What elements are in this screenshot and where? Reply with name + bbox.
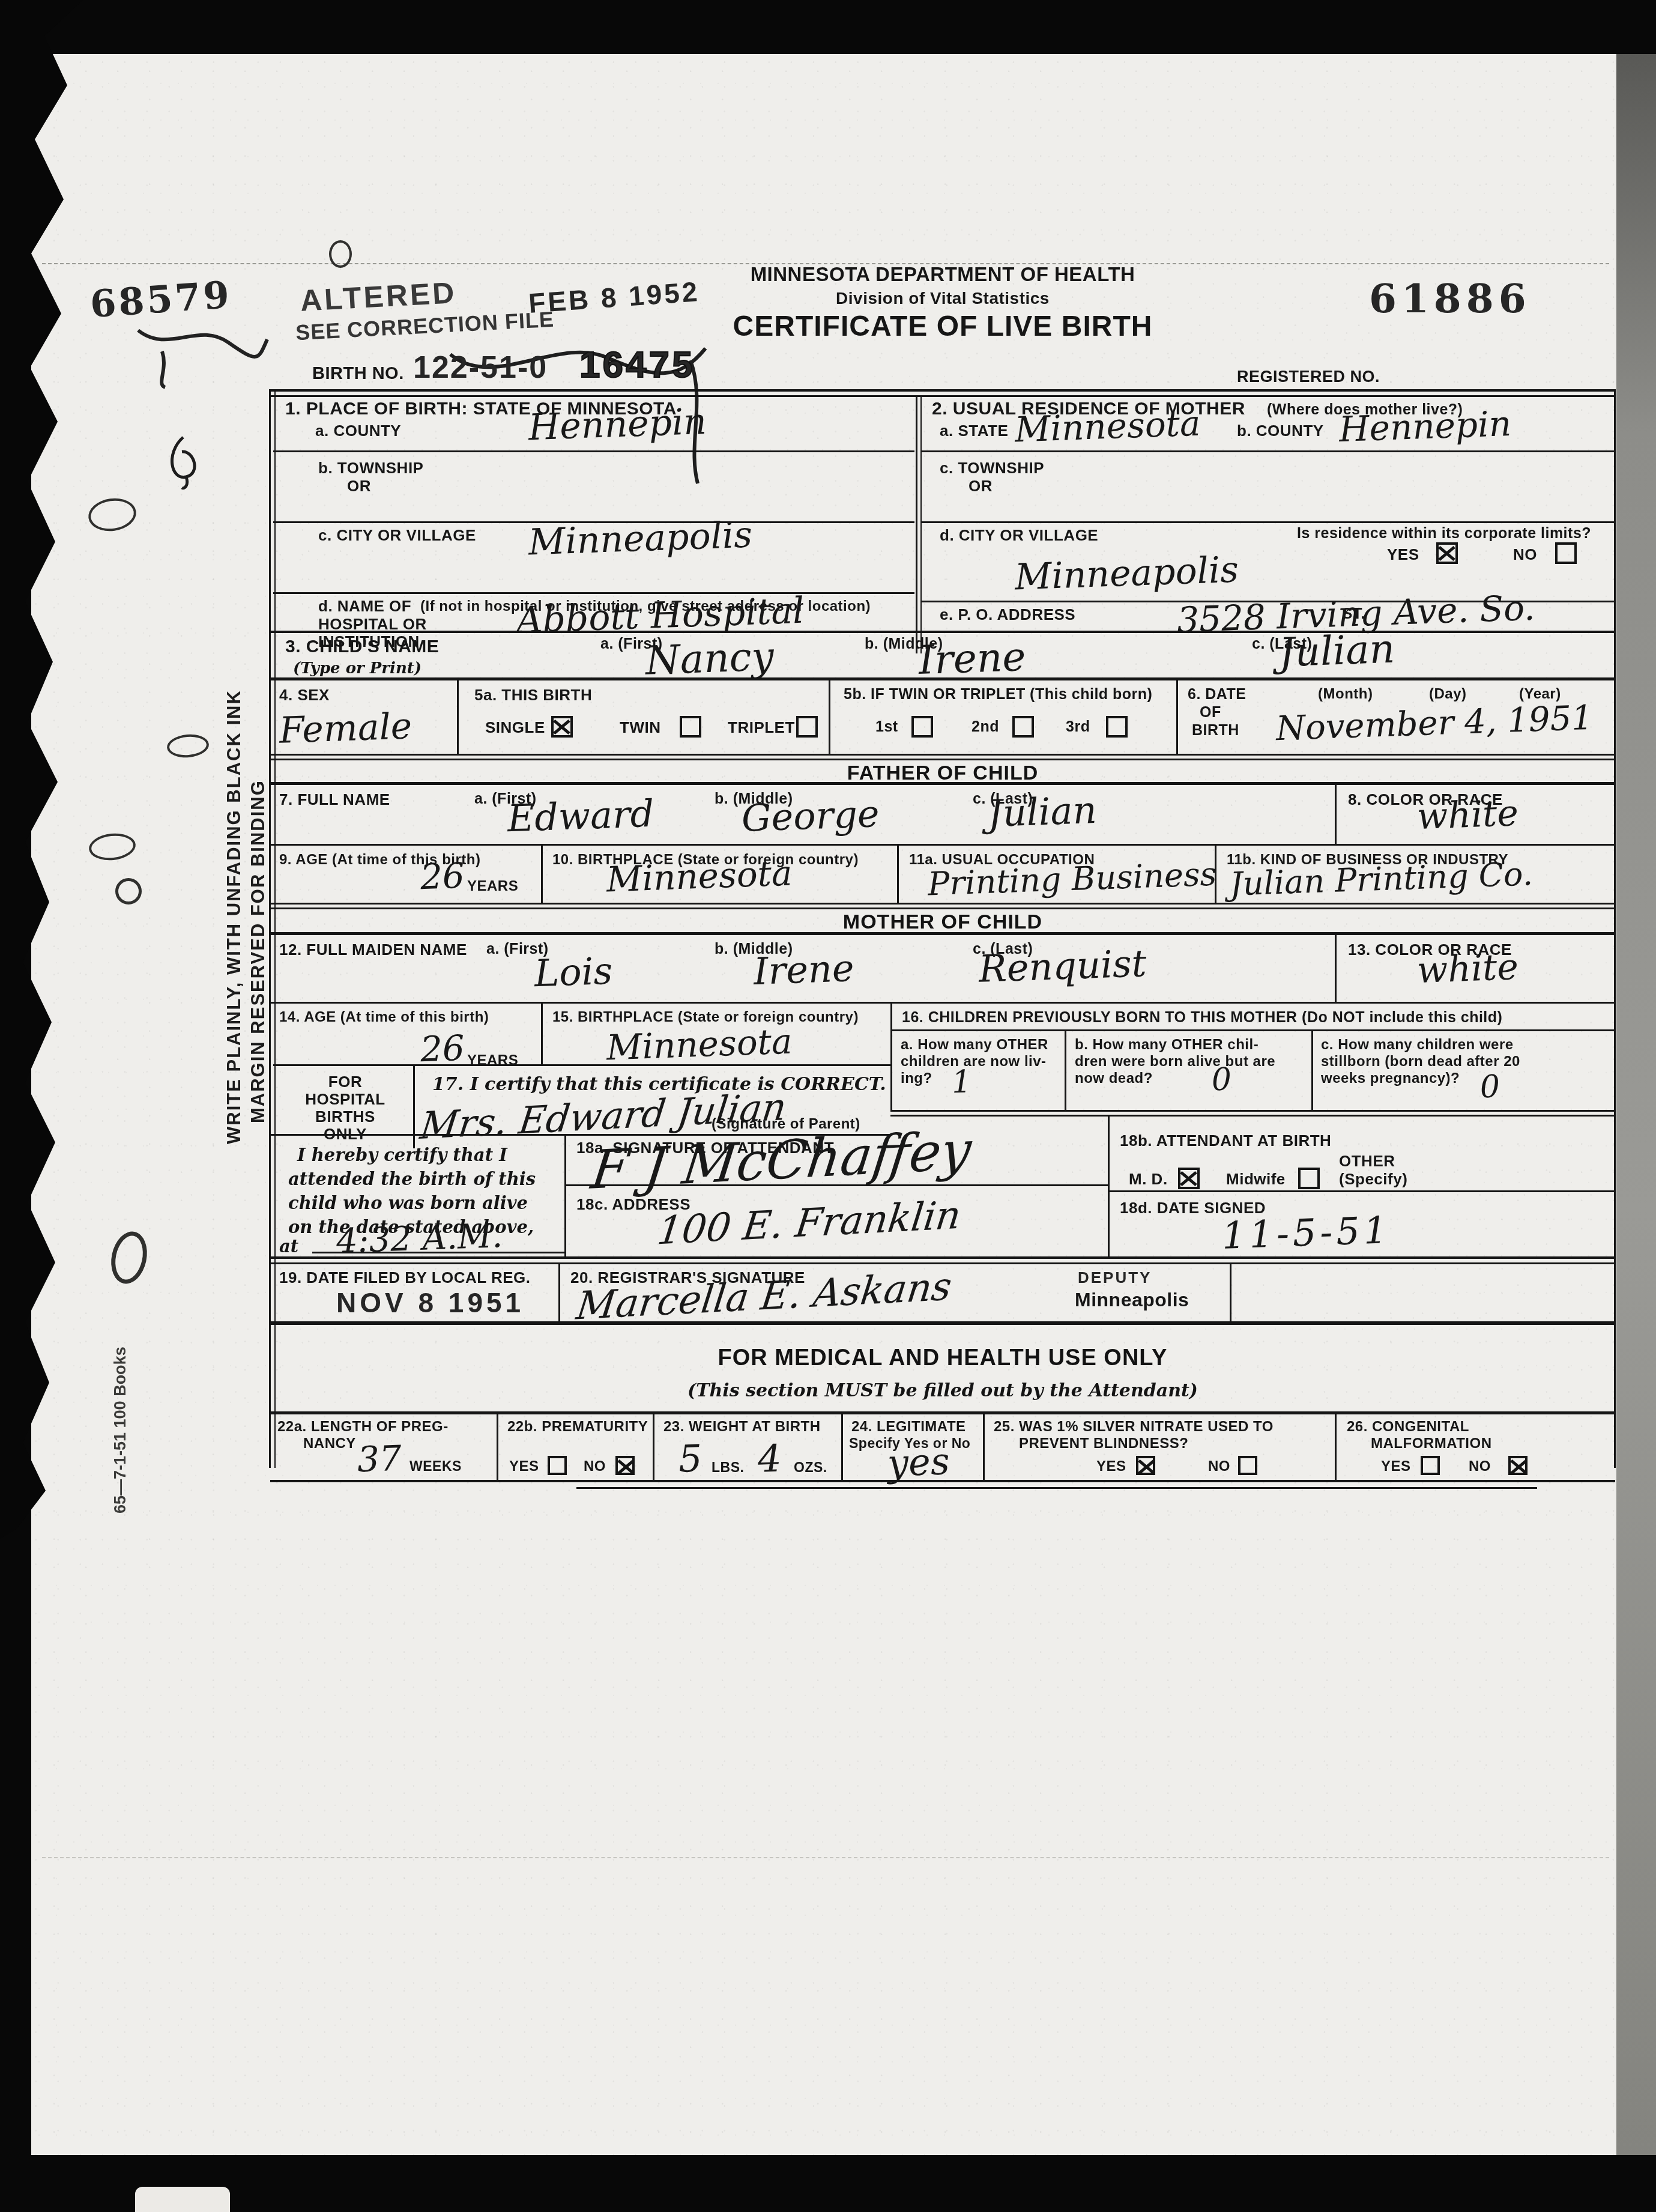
rule — [497, 1414, 498, 1480]
children-stillborn-label-2: stillborn (born dead after 20 — [1321, 1053, 1520, 1070]
corporate-limits-question: Is residence within its corporate limits… — [1297, 525, 1591, 542]
rule — [1335, 1414, 1337, 1480]
day-label: (Day) — [1429, 686, 1467, 703]
this-birth-label: 5a. THIS BIRTH — [474, 686, 592, 705]
rule — [413, 1064, 415, 1148]
weeks-label: WEEKS — [409, 1458, 462, 1474]
other-specify-label: (Specify) — [1339, 1170, 1407, 1189]
corporate-no-label: NO — [1513, 545, 1537, 564]
dob-label-1: 6. DATE — [1188, 686, 1247, 703]
child-first-value: Nancy — [645, 633, 775, 683]
nitrate-yes-label: YES — [1096, 1458, 1126, 1475]
single-label: SINGLE — [485, 718, 545, 737]
rule — [1108, 1115, 1110, 1256]
triplet-label: TRIPLET — [728, 718, 795, 737]
state-label: a. STATE — [940, 422, 1008, 440]
birth-no-stamped-suffix: 16475 — [579, 344, 695, 386]
rule — [1215, 846, 1216, 904]
children-living-value: 1 — [951, 1064, 972, 1100]
birth-no-label: BIRTH NO. — [312, 364, 404, 384]
scanned-birth-certificate: 68579 WRITE PLAINLY, WITH UNFADING BLACK… — [0, 0, 1656, 2212]
father-name-label: 7. FULL NAME — [279, 790, 390, 809]
mother-race-value: white — [1416, 946, 1519, 992]
first-born-checkbox — [911, 716, 933, 738]
po-address-label: e. P. O. ADDRESS — [940, 605, 1075, 624]
city-value: Minneapolis — [528, 514, 753, 564]
attendant-cert-line-3: child who was born alive — [288, 1193, 528, 1213]
certificate-number-stamp: 61886 — [1369, 275, 1531, 322]
first-born-label: 1st — [875, 718, 898, 736]
rule — [890, 1110, 1614, 1112]
md-label: M. D. — [1129, 1170, 1168, 1189]
pregnancy-weeks-value: 37 — [357, 1438, 402, 1480]
father-age-years: YEARS — [467, 878, 518, 895]
county-label: a. COUNTY — [315, 422, 401, 440]
scribble-mark — [126, 318, 282, 390]
rule — [1108, 1190, 1614, 1192]
father-birthplace-value: Minnesota — [606, 853, 793, 900]
nitrate-no-checkbox — [1238, 1456, 1257, 1475]
corporate-no-checkbox — [1555, 542, 1577, 564]
rule — [270, 1002, 1615, 1004]
date-signed-value: 11-5-51 — [1221, 1208, 1392, 1258]
certificate-title: CERTIFICATE OF LIVE BIRTH — [678, 310, 1207, 343]
rule — [564, 1184, 1108, 1186]
rule — [1335, 935, 1337, 1002]
rule — [1230, 1264, 1231, 1321]
right-torn-edge — [1616, 54, 1656, 2155]
medical-use-note: (This section MUST be filled out by the … — [678, 1380, 1207, 1401]
attendant-type-label: 18b. ATTENDANT AT BIRTH — [1120, 1132, 1331, 1150]
father-race-value: white — [1416, 792, 1519, 838]
malformation-yes-checkbox — [1421, 1456, 1440, 1475]
rule — [274, 389, 276, 1468]
father-last-value: Julian — [987, 788, 1098, 835]
malformation-no-checkbox — [1508, 1456, 1528, 1475]
fold-line — [42, 1857, 1609, 1858]
dob-label-3: BIRTH — [1192, 722, 1239, 739]
prematurity-yes-label: YES — [509, 1458, 539, 1475]
children-living-label-1: a. How many OTHER — [901, 1037, 1048, 1053]
dob-label-2: OF — [1200, 704, 1221, 721]
margin-instruction-write-plainly: WRITE PLAINLY, WITH UNFADING BLACK INK — [223, 689, 245, 1144]
rule — [270, 389, 1615, 392]
deputy-city: Minneapolis — [1075, 1289, 1189, 1311]
third-born-label: 3rd — [1066, 718, 1090, 736]
children-stillborn-label-1: c. How many children were — [1321, 1037, 1514, 1053]
second-born-label: 2nd — [972, 718, 999, 736]
malformation-no-label: NO — [1469, 1458, 1491, 1475]
township-label: b. TOWNSHIP — [318, 459, 423, 477]
rule — [270, 754, 1615, 756]
child-name-title: 3. CHILD'S NAME — [285, 637, 439, 657]
bottom-tab — [135, 2187, 230, 2212]
hospital-only-line-1: FOR — [282, 1073, 408, 1091]
rule — [541, 1004, 543, 1064]
children-stillborn-value: 0 — [1479, 1068, 1500, 1105]
deputy-stamp: DEPUTY — [1078, 1268, 1152, 1287]
rule — [890, 1004, 892, 1112]
rule — [270, 1262, 1615, 1264]
residence-city-label: d. CITY OR VILLAGE — [940, 526, 1098, 545]
midwife-checkbox — [1298, 1168, 1320, 1189]
rule — [1335, 785, 1337, 845]
children-dead-value: 0 — [1211, 1061, 1232, 1098]
rule — [270, 908, 1615, 909]
triplet-checkbox — [796, 716, 818, 738]
rule — [922, 521, 1614, 523]
birth-no-value: 122-51-0 — [413, 350, 548, 386]
rule — [890, 1029, 1614, 1031]
rule — [922, 450, 1614, 452]
rule — [269, 389, 271, 1468]
rule — [457, 680, 459, 754]
mother-age-label: 14. AGE (At time of this birth) — [279, 1009, 489, 1026]
nitrate-yes-checkbox — [1136, 1456, 1155, 1475]
rule — [983, 1414, 985, 1480]
malformation-yes-label: YES — [1381, 1458, 1411, 1475]
rule — [558, 1264, 560, 1321]
twin-label: TWIN — [620, 718, 660, 737]
hospital-label: d. NAME OF — [318, 597, 411, 616]
mother-age-value: 26 — [420, 1028, 465, 1070]
children-living-label-3: ing? — [901, 1070, 932, 1087]
rule — [897, 846, 899, 904]
type-or-print-note: (Type or Print) — [293, 659, 422, 677]
mother-name-label: 12. FULL MAIDEN NAME — [279, 941, 467, 959]
twin-checkbox — [680, 716, 701, 738]
city-label: c. CITY OR VILLAGE — [318, 526, 476, 545]
md-checkbox — [1178, 1168, 1200, 1189]
township-or-label: OR — [347, 477, 371, 495]
rule — [1311, 1029, 1313, 1112]
rule — [1614, 389, 1616, 1468]
rule — [916, 395, 917, 653]
prematurity-no-label: NO — [584, 1458, 606, 1475]
mother-first-value: Lois — [534, 949, 614, 995]
residence-county-label: b. COUNTY — [1237, 422, 1324, 440]
midwife-label: Midwife — [1226, 1170, 1286, 1189]
residence-city-value: Minneapolis — [1014, 549, 1239, 599]
mother-last-value: Renquist — [978, 941, 1147, 991]
at-label: at — [279, 1236, 298, 1256]
rule — [273, 1064, 890, 1066]
rule — [1176, 680, 1178, 754]
legitimate-label: 24. LEGITIMATE — [851, 1419, 966, 1435]
corporate-yes-checkbox — [1436, 542, 1458, 564]
attendant-cert-line-2: attended the birth of this — [288, 1169, 536, 1189]
medical-use-band: FOR MEDICAL AND HEALTH USE ONLY — [678, 1345, 1207, 1371]
rule — [841, 1414, 843, 1480]
rule — [541, 846, 543, 904]
if-twin-label: 5b. IF TWIN OR TRIPLET (This child born) — [844, 686, 1152, 703]
date-filed-stamp: NOV 8 1951 — [336, 1286, 524, 1319]
children-stillborn-label-3: weeks pregnancy)? — [1321, 1070, 1460, 1087]
residence-county-value: Hennepin — [1338, 403, 1512, 450]
department-title: MINNESOTA DEPARTMENT OF HEALTH — [697, 263, 1189, 286]
rule — [270, 1321, 1615, 1325]
date-filed-label: 19. DATE FILED BY LOCAL REG. — [279, 1268, 531, 1287]
rule — [270, 932, 1615, 935]
malformation-label-1: 26. CONGENITAL — [1347, 1419, 1469, 1435]
county-value: Hennepin — [528, 401, 707, 449]
father-first-value: Edward — [507, 792, 655, 840]
nitrate-no-label: NO — [1208, 1458, 1230, 1475]
birth-time-value: 4:32 A.M. — [336, 1216, 503, 1261]
sex-value: Female — [279, 705, 413, 752]
rule — [829, 680, 830, 754]
rule — [270, 1480, 1615, 1482]
child-last-value: Julian — [1278, 626, 1396, 676]
margin-instruction-binding: MARGIN RESERVED FOR BINDING — [247, 780, 269, 1123]
mother-birthplace-value: Minnesota — [606, 1021, 793, 1068]
registered-no-label: REGISTERED NO. — [1237, 368, 1380, 386]
corporate-yes-label: YES — [1387, 545, 1419, 564]
lbs-label: LBS. — [712, 1459, 744, 1476]
division-subtitle: Division of Vital Statistics — [697, 289, 1189, 308]
nitrate-label-1: 25. WAS 1% SILVER NITRATE USED TO — [994, 1419, 1274, 1435]
legitimate-value: yes — [887, 1439, 950, 1485]
rule — [270, 903, 1615, 904]
rule — [890, 1115, 1614, 1117]
mother-section-band: MOTHER OF CHILD — [678, 911, 1207, 934]
prematurity-no-checkbox — [615, 1456, 635, 1475]
third-born-checkbox — [1106, 716, 1128, 738]
rule — [270, 844, 1615, 846]
rule — [270, 631, 1615, 633]
hospital-only-line-3: BIRTHS — [282, 1108, 408, 1126]
form-print-code: 65—7-1-51 100 Books — [111, 1347, 130, 1514]
attendant-cert-line-1: I hereby certify that I — [297, 1145, 507, 1165]
children-prev-title: 16. CHILDREN PREVIOUSLY BORN TO THIS MOT… — [902, 1009, 1502, 1026]
ozs-label: OZS. — [794, 1459, 827, 1476]
children-dead-label-1: b. How many OTHER chil- — [1075, 1037, 1259, 1053]
rule — [273, 450, 914, 452]
father-middle-value: George — [741, 792, 880, 840]
malformation-label-2: MALFORMATION — [1371, 1435, 1492, 1452]
pregnancy-length-label-1: 22a. LENGTH OF PREG- — [277, 1419, 449, 1435]
children-dead-label-3: now dead? — [1075, 1070, 1153, 1087]
state-value: Minnesota — [1014, 403, 1201, 450]
rule — [576, 1487, 1537, 1489]
rule — [312, 1252, 564, 1253]
mother-middle-value: Irene — [753, 946, 855, 993]
rule — [564, 1134, 566, 1256]
rule — [270, 1411, 1615, 1414]
weight-oz-value: 4 — [757, 1436, 782, 1480]
rule — [270, 759, 1615, 760]
single-checkbox — [551, 716, 573, 738]
rule — [273, 592, 914, 594]
residence-township-or: OR — [969, 477, 993, 495]
child-middle-value: Irene — [918, 634, 1027, 683]
hospital-only-line-2: HOSPITAL — [282, 1090, 408, 1109]
nitrate-label-2: PREVENT BLINDNESS? — [1019, 1435, 1188, 1452]
rule — [270, 677, 1615, 680]
residence-township-label: c. TOWNSHIP — [940, 459, 1044, 477]
second-born-checkbox — [1012, 716, 1034, 738]
circled-mark — [115, 878, 142, 904]
pregnancy-length-label-2: NANCY — [303, 1435, 356, 1452]
prematurity-label: 22b. PREMATURITY — [507, 1419, 648, 1435]
rule — [920, 395, 922, 653]
rule — [1065, 1029, 1066, 1112]
weight-label: 23. WEIGHT AT BIRTH — [663, 1419, 821, 1435]
rule — [270, 395, 1615, 397]
sex-label: 4. SEX — [279, 686, 330, 705]
children-living-label-2: children are now liv- — [901, 1053, 1047, 1070]
weight-lbs-value: 5 — [678, 1436, 703, 1480]
circled-note-mark — [329, 240, 352, 268]
rule — [653, 1414, 654, 1480]
father-age-value: 26 — [420, 855, 465, 898]
mother-age-years: YEARS — [467, 1052, 518, 1069]
rule — [270, 782, 1615, 785]
other-label: OTHER — [1339, 1152, 1395, 1171]
rule — [270, 1256, 1615, 1259]
handwritten-loop — [159, 432, 213, 492]
children-dead-label-2: dren were born alive but are — [1075, 1053, 1275, 1070]
month-label: (Month) — [1318, 686, 1373, 703]
prematurity-yes-checkbox — [548, 1456, 567, 1475]
